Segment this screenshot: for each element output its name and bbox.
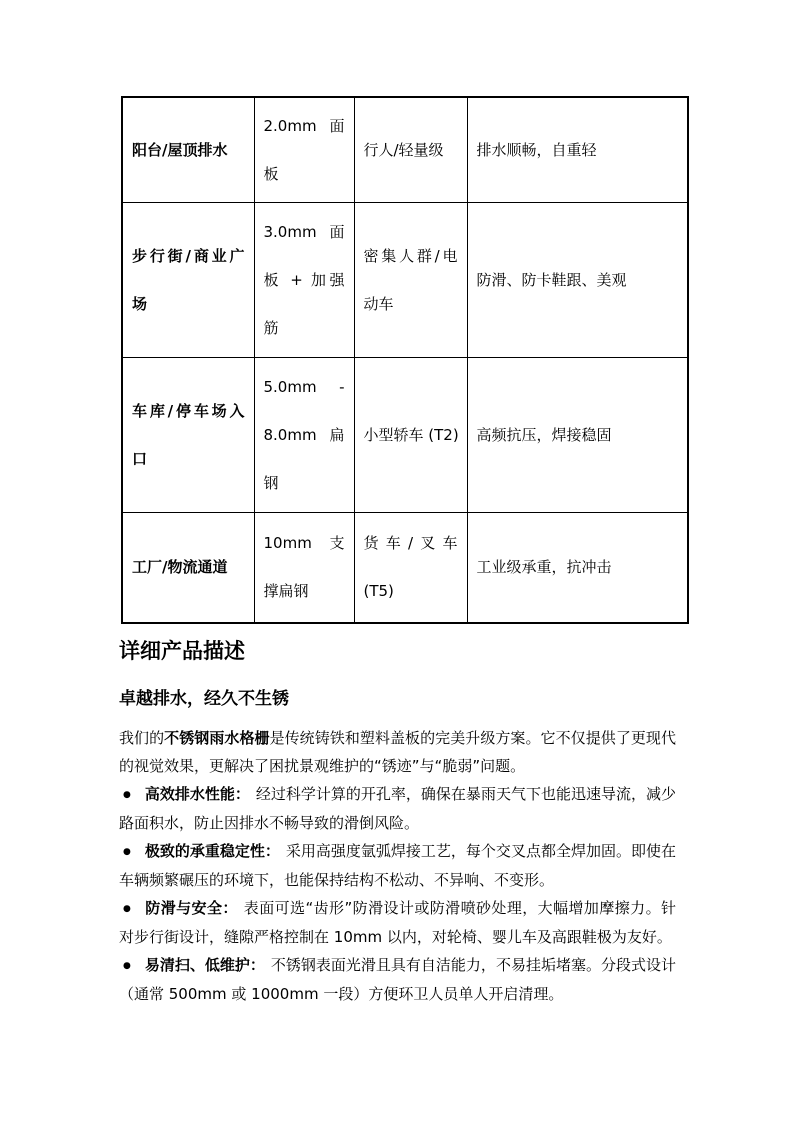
cell-application: 步行街/商业广 场 — [122, 203, 254, 358]
bullet-item: ●高效排水性能：经过科学计算的开孔率，确保在暴雨天气下也能迅速导流，减少路面积水… — [119, 780, 676, 837]
cell-spec: 10mm 支 撑扁钢 — [254, 513, 354, 623]
cell-line: 小型轿车 (T2) — [364, 411, 458, 459]
cell-line: 工厂/物流通道 — [132, 543, 245, 591]
bullet-item: ●极致的承重稳定性：采用高强度氩弧焊接工艺，每个交叉点都全焊加固。即使在车辆频繁… — [119, 837, 676, 894]
cell-line: 2.0mm 面 — [264, 102, 345, 150]
cell-line: 5.0mm - — [264, 363, 345, 411]
bullet-dot-icon: ● — [123, 961, 131, 971]
cell-line: 货车/叉车 — [364, 519, 458, 567]
bullet-dot-icon: ● — [123, 904, 131, 914]
cell-line: 防滑、防卡鞋跟、美观 — [477, 256, 679, 304]
cell-spec: 5.0mm - 8.0mm 扁 钢 — [254, 358, 354, 513]
cell-load: 货车/叉车 (T5) — [354, 513, 467, 623]
table-row: 工厂/物流通道 10mm 支 撑扁钢 货车/叉车 (T5) 工业级承重，抗冲击 — [122, 513, 688, 623]
cell-line: 阳台/屋顶排水 — [132, 126, 245, 174]
subsection-heading: 卓越排水，经久不生锈 — [119, 688, 676, 710]
cell-line: 3.0mm 面 — [264, 208, 345, 256]
cell-spec: 3.0mm 面 板 + 加强 筋 — [254, 203, 354, 358]
table-row: 步行街/商业广 场 3.0mm 面 板 + 加强 筋 密集人群/电 动车 防滑、… — [122, 203, 688, 358]
cell-line: 动车 — [364, 280, 458, 328]
cell-application: 工厂/物流通道 — [122, 513, 254, 623]
bullet-list: ●高效排水性能：经过科学计算的开孔率，确保在暴雨天气下也能迅速导流，减少路面积水… — [119, 780, 676, 1008]
cell-feature: 高频抗压，焊接稳固 — [467, 358, 688, 513]
cell-feature: 防滑、防卡鞋跟、美观 — [467, 203, 688, 358]
cell-line: 车库/停车场入 — [132, 387, 245, 435]
section-heading: 详细产品描述 — [119, 638, 676, 664]
table-row: 车库/停车场入 口 5.0mm - 8.0mm 扁 钢 小型轿车 (T2) 高频… — [122, 358, 688, 513]
bullet-dot-icon: ● — [123, 847, 131, 857]
bullet-lead: 高效排水性能： — [145, 785, 250, 803]
cell-feature: 工业级承重，抗冲击 — [467, 513, 688, 623]
cell-load: 行人/轻量级 — [354, 97, 467, 203]
cell-line: 10mm 支 — [264, 519, 345, 567]
cell-line: 密集人群/电 — [364, 232, 458, 280]
cell-application: 车库/停车场入 口 — [122, 358, 254, 513]
cell-line: 场 — [132, 280, 245, 328]
cell-line: 高频抗压，焊接稳固 — [477, 411, 679, 459]
bullet-dot-icon: ● — [123, 790, 131, 800]
bullet-item: ●防滑与安全：表面可选“齿形”防滑设计或防滑喷砂处理，大幅增加摩擦力。针对步行街… — [119, 894, 676, 951]
cell-load: 密集人群/电 动车 — [354, 203, 467, 358]
cell-line: 步行街/商业广 — [132, 232, 245, 280]
bullet-lead: 极致的承重稳定性： — [145, 842, 280, 860]
bullet-lead: 易清扫、低维护： — [145, 956, 265, 974]
cell-line: 8.0mm 扁 — [264, 411, 345, 459]
cell-spec: 2.0mm 面 板 — [254, 97, 354, 203]
cell-line: (T5) — [364, 567, 458, 615]
cell-line: 工业级承重，抗冲击 — [477, 543, 679, 591]
cell-line: 钢 — [264, 459, 345, 507]
cell-line: 筋 — [264, 304, 345, 352]
intro-paragraph: 我们的不锈钢雨水格栅是传统铸铁和塑料盖板的完美升级方案。它不仅提供了更现代的视觉… — [119, 724, 676, 780]
intro-pre: 我们的 — [119, 729, 164, 747]
table-row: 阳台/屋顶排水 2.0mm 面 板 行人/轻量级 排水顺畅，自重轻 — [122, 97, 688, 203]
document-page: 阳台/屋顶排水 2.0mm 面 板 行人/轻量级 排水顺畅，自重轻 步行街/商业… — [0, 0, 794, 1123]
cell-line: 板 — [264, 150, 345, 198]
cell-application: 阳台/屋顶排水 — [122, 97, 254, 203]
bullet-item: ●易清扫、低维护：不锈钢表面光滑且具有自洁能力，不易挂垢堵塞。分段式设计（通常 … — [119, 951, 676, 1008]
product-spec-table: 阳台/屋顶排水 2.0mm 面 板 行人/轻量级 排水顺畅，自重轻 步行街/商业… — [121, 96, 689, 624]
cell-line: 板 + 加强 — [264, 256, 345, 304]
cell-line: 口 — [132, 435, 245, 483]
bullet-lead: 防滑与安全： — [145, 899, 238, 917]
cell-line: 排水顺畅，自重轻 — [477, 126, 679, 174]
cell-line: 行人/轻量级 — [364, 126, 458, 174]
cell-load: 小型轿车 (T2) — [354, 358, 467, 513]
cell-line: 撑扁钢 — [264, 567, 345, 615]
intro-bold-term: 不锈钢雨水格栅 — [164, 729, 269, 747]
cell-feature: 排水顺畅，自重轻 — [467, 97, 688, 203]
